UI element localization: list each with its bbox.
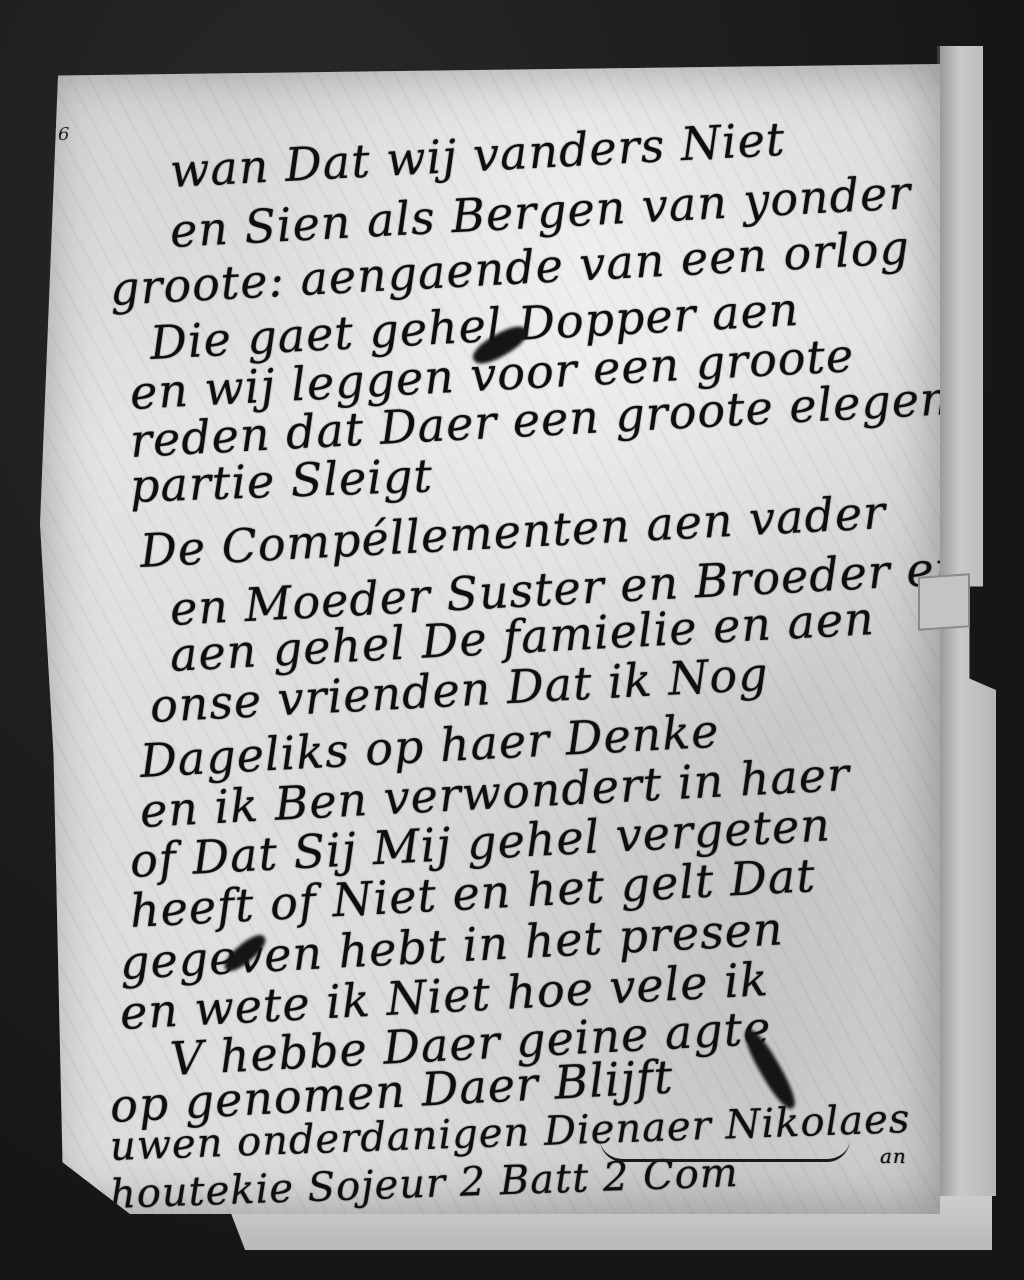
page-number: 6 [58,124,69,145]
letter-page: 6 wan Dat wij vanders Niet en Sien als B… [40,64,940,1214]
torn-paper-tab [918,573,970,631]
scanned-document: 6 wan Dat wij vanders Niet en Sien als B… [0,0,1024,1280]
superscript-annotation: an [880,1144,907,1168]
text-line: partie Sleigt [129,448,434,513]
closing-flourish [600,1139,850,1162]
